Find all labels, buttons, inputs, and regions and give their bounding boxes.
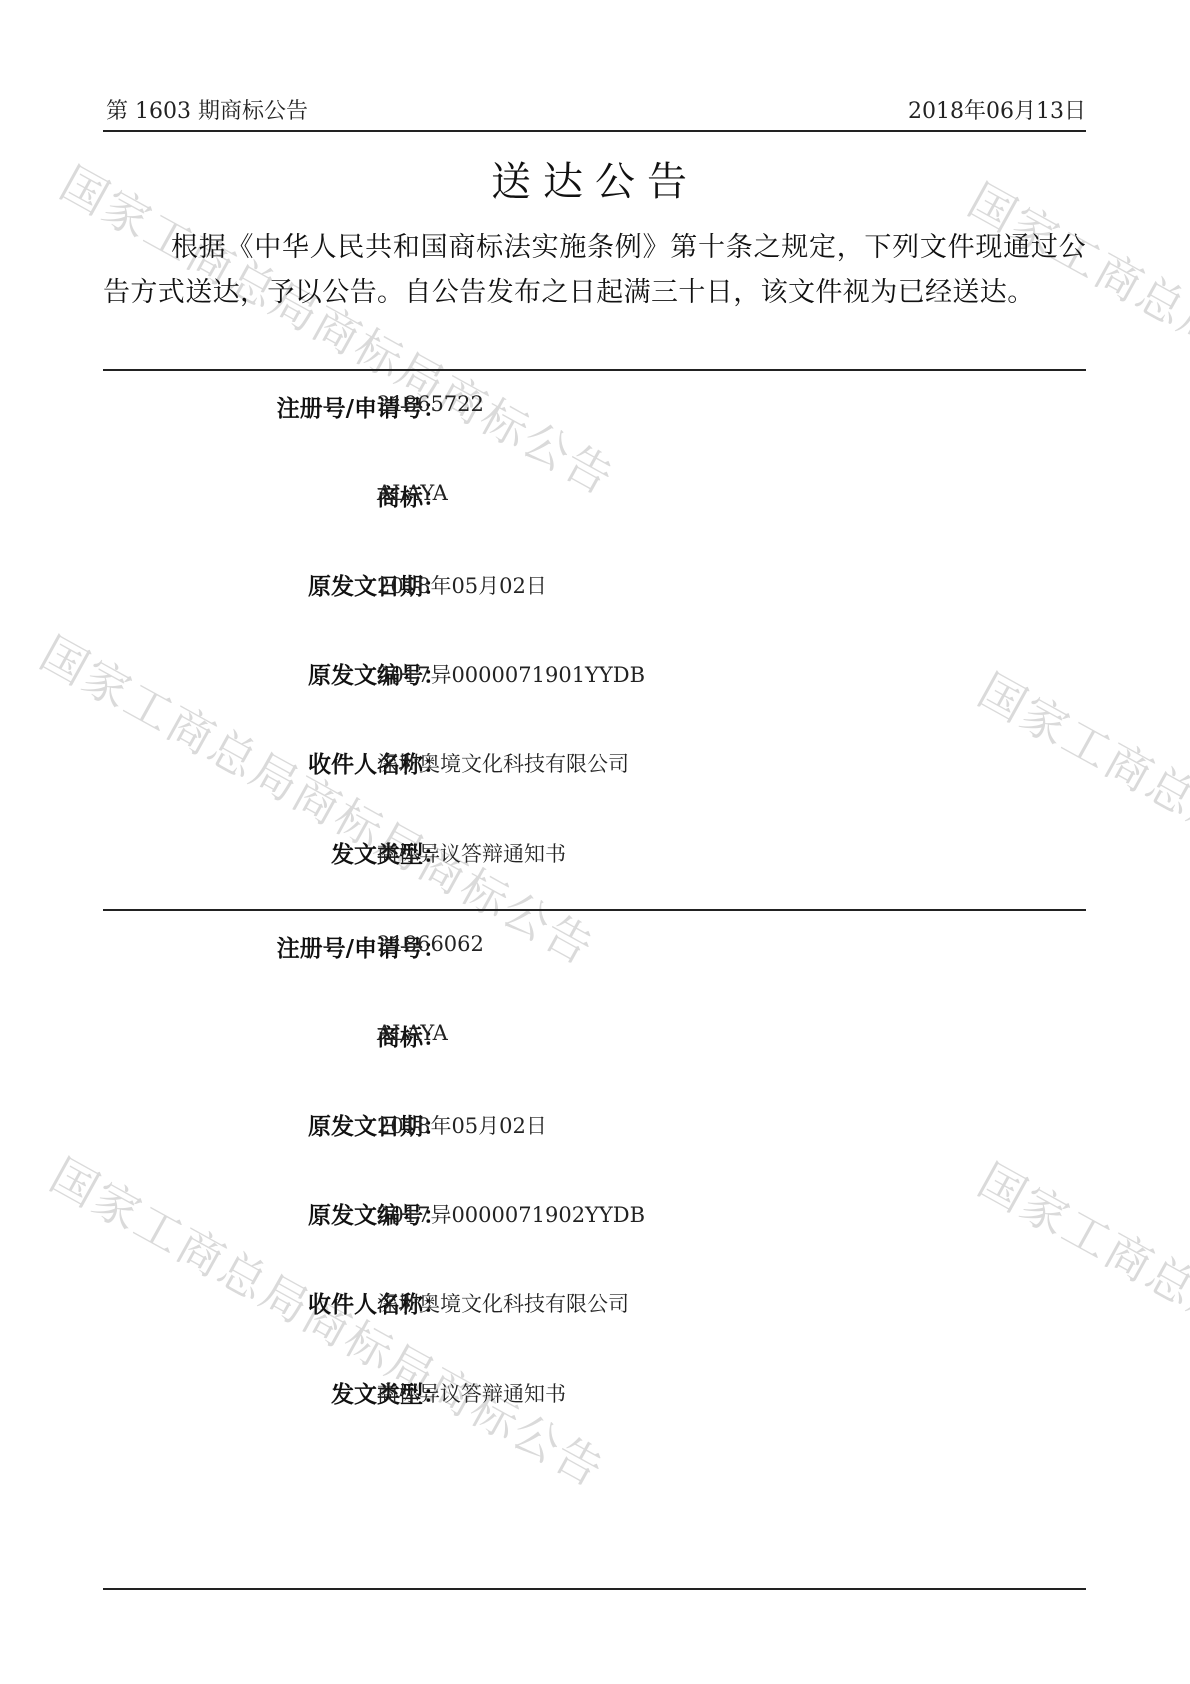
value-orig-date: 2018年05月02日 [377, 570, 547, 600]
field-recipient: 收件人名称： 深圳奥境文化科技有限公司 [103, 1286, 1086, 1322]
field-recipient: 收件人名称： 深圳奥境文化科技有限公司 [103, 746, 1086, 782]
field-reg-no: 注册号/申请号： 21865722 [103, 390, 1086, 426]
field-orig-date: 原发文日期： 2018年05月02日 [103, 1108, 1086, 1144]
section-divider [103, 369, 1086, 371]
value-orig-date: 2018年05月02日 [377, 1110, 547, 1140]
intro-paragraph: 根据《中华人民共和国商标法实施条例》第十条之规定，下列文件现通过公告方式送达，予… [103, 225, 1086, 315]
footer-divider [103, 1588, 1086, 1590]
issue-number: 第 1603 期商标公告 [106, 94, 308, 125]
value-reg-no: 21866062 [377, 932, 484, 956]
page-title: 送达公告 [0, 150, 1190, 207]
value-doc-type: 商标异议答辩通知书 [377, 1378, 566, 1408]
publication-date: 2018年06月13日 [908, 94, 1086, 125]
header-divider [103, 130, 1086, 132]
field-reg-no: 注册号/申请号： 21866062 [103, 930, 1086, 966]
field-trademark: 商标： ALAYA [103, 1019, 1086, 1055]
value-trademark: ALAYA [377, 1021, 448, 1045]
field-orig-no: 原发文编号： 2017异0000071901YYDB [103, 657, 1086, 693]
value-orig-no: 2017异0000071902YYDB [377, 1199, 645, 1229]
page-header: 第 1603 期商标公告 2018年06月13日 [103, 94, 1086, 128]
value-reg-no: 21865722 [377, 392, 484, 416]
record-divider [103, 909, 1086, 911]
field-orig-no: 原发文编号： 2017异0000071902YYDB [103, 1197, 1086, 1233]
value-doc-type: 商标异议答辩通知书 [377, 838, 566, 868]
field-orig-date: 原发文日期： 2018年05月02日 [103, 568, 1086, 604]
value-orig-no: 2017异0000071901YYDB [377, 659, 645, 689]
value-recipient: 深圳奥境文化科技有限公司 [377, 748, 629, 778]
field-doc-type: 发文类型： 商标异议答辩通知书 [103, 836, 1086, 872]
value-trademark: ALAYA [377, 481, 448, 505]
field-doc-type: 发文类型： 商标异议答辩通知书 [103, 1376, 1086, 1412]
field-trademark: 商标： ALAYA [103, 479, 1086, 515]
value-recipient: 深圳奥境文化科技有限公司 [377, 1288, 629, 1318]
watermark: 国家工商总局商标局商标公告 [958, 165, 1190, 525]
